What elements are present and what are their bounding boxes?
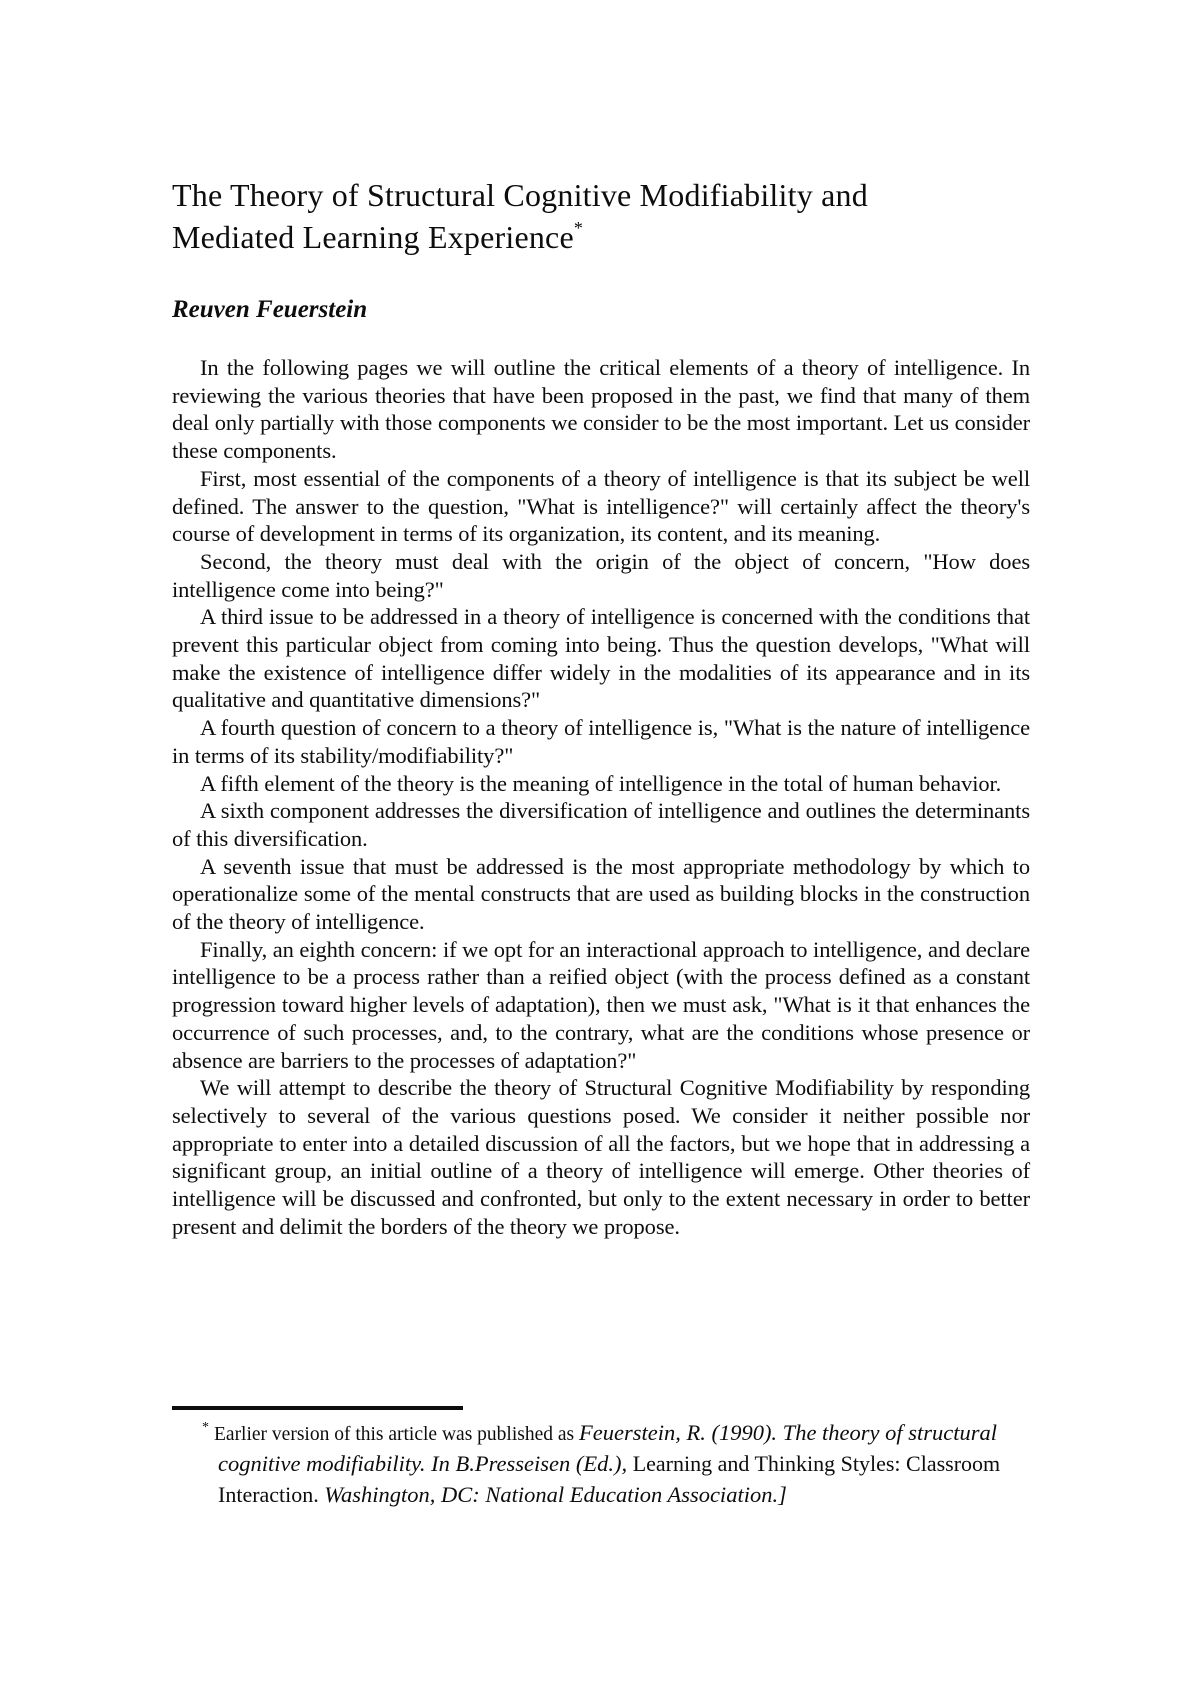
page-content: The Theory of Structural Cognitive Modif… — [172, 174, 1030, 1241]
footnote-text: *Earlier version of this article was pub… — [172, 1419, 1040, 1512]
author-name: Reuven Feuerstein — [172, 296, 1030, 324]
document-page: The Theory of Structural Cognitive Modif… — [0, 0, 1200, 1696]
paragraph-4: A third issue to be addressed in a theor… — [172, 603, 1030, 714]
paragraph-8: A seventh issue that must be addressed i… — [172, 853, 1030, 936]
title-line-2-text: Mediated Learning Experience — [172, 219, 574, 255]
paragraph-1: In the following pages we will outline t… — [172, 354, 1030, 465]
title-footnote-marker: * — [574, 218, 583, 238]
paragraph-6: A fifth element of the theory is the mea… — [172, 770, 1030, 798]
paragraph-10: We will attempt to describe the theory o… — [172, 1074, 1030, 1240]
article-title: The Theory of Structural Cognitive Modif… — [172, 174, 1030, 258]
paragraph-2: First, most essential of the components … — [172, 465, 1030, 548]
footnote-marker: * — [202, 1420, 209, 1435]
footnote-segment-1: Earlier version of this article was publ… — [214, 1424, 579, 1445]
title-line-2: Mediated Learning Experience* — [172, 216, 1030, 258]
title-line-1: The Theory of Structural Cognitive Modif… — [172, 174, 1030, 216]
article-body: In the following pages we will outline t… — [172, 354, 1030, 1241]
paragraph-7: A sixth component addresses the diversif… — [172, 797, 1030, 852]
footnote-segment-4: Washington, DC: National Education Assoc… — [324, 1482, 787, 1507]
footnote-segments: Earlier version of this article was publ… — [214, 1427, 1000, 1506]
paragraph-5: A fourth question of concern to a theory… — [172, 714, 1030, 769]
footnote: *Earlier version of this article was pub… — [172, 1419, 1040, 1512]
paragraph-3: Second, the theory must deal with the or… — [172, 548, 1030, 603]
footnote-divider — [172, 1406, 463, 1410]
paragraph-9: Finally, an eighth concern: if we opt fo… — [172, 936, 1030, 1075]
